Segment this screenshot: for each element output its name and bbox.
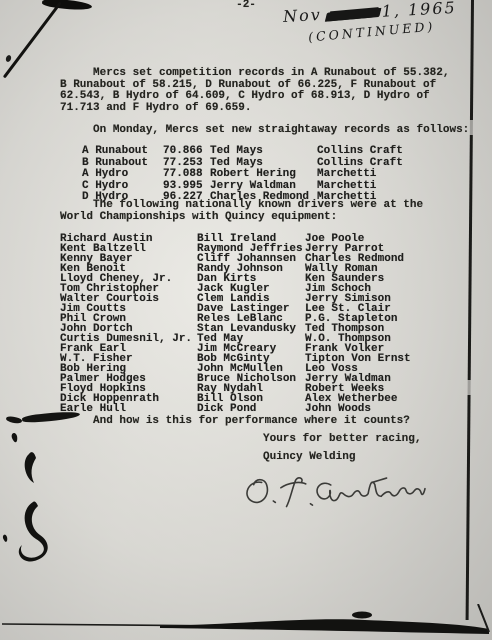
record-class: A Hydro [82,169,163,181]
scanned-letter-page: Nov1, 1965 (CONTINUED) -2- Mercs set com… [0,0,492,640]
record-speed: 77.088 [163,169,210,181]
driver-list-column-1: Richard AustinKent BaltzellKenny BayerKe… [60,234,200,414]
record-speed: 70.866 [163,146,210,158]
record-boat: Collins Craft [317,146,403,158]
ink-diagonal-mark-icon [3,2,62,79]
ink-dot-icon [5,54,12,62]
driver-list-column-2: Bill IrelandRaymond JeffriesCliff Johann… [197,234,305,414]
paragraph-drivers-intro: The following nationally known drivers w… [60,200,468,223]
record-class: A Runabout [82,146,163,158]
driver-name: Dick Pond [197,404,305,414]
driver-name: John Woods [305,404,445,414]
closing-question: And how is this for performance where it… [60,416,480,428]
table-row: A Hydro77.088Robert HeringMarchetti [82,169,403,181]
closing-company-name: Quincy Welding [263,452,355,464]
record-boat: Marchetti [317,169,376,181]
driver-list-column-3: Joe PooleJerry ParrotCharles RedmondWall… [305,234,445,414]
record-driver: Ted Mays [210,146,317,158]
record-driver: Robert Hering [210,169,317,181]
closing-salutation: Yours for better racing, [263,434,421,446]
signature [235,463,427,520]
ink-streak-small-icon [6,415,23,424]
page-number: -2- [0,0,492,12]
straightaway-records-table: A Runabout70.866Ted MaysCollins Craft B … [82,146,403,204]
scan-edge-bottom [0,604,492,640]
table-row: A Runabout70.866Ted MaysCollins Craft [82,146,403,158]
paragraph-monday-intro: On Monday, Mercs set new straightaway re… [60,125,480,137]
paragraph-competition-records: Mercs set competition records in A Runab… [60,68,468,114]
driver-name: Earle Hull [60,404,200,414]
ink-splotch-left-icon [0,428,60,578]
